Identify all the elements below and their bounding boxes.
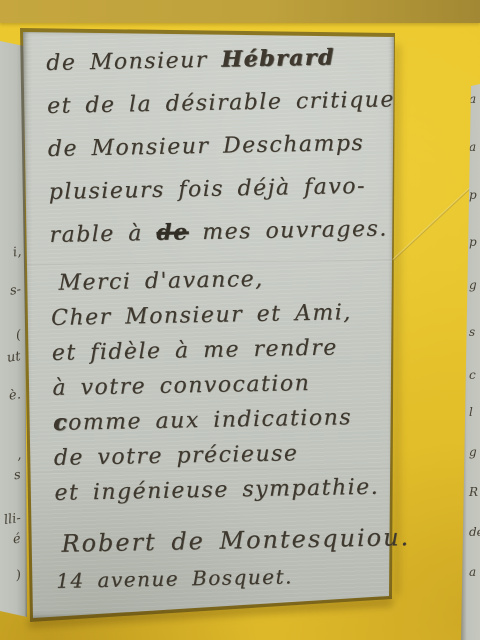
letter-line-text: mes ouvrages. — [189, 216, 388, 245]
handwriting-fragment: c — [469, 368, 476, 382]
letter-line-text: Cher Monsieur et Ami, — [51, 300, 352, 331]
handwriting-fragment: p — [469, 188, 477, 202]
handwriting-fragment: ( — [15, 328, 22, 344]
handwriting-fragment: g — [469, 445, 477, 459]
letter-line: et de la désirable critique — [47, 86, 399, 120]
letter-line: et ingénieuse sympathie. — [54, 473, 406, 507]
letter-line: de Monsieur Hébrard — [46, 43, 398, 77]
letter-line-text: de votre précieuse — [54, 441, 299, 471]
handwriting-fragment: é — [12, 532, 22, 548]
signature: Robert de Montesquiou. — [55, 524, 407, 558]
letter-line: à votre convocation — [52, 368, 404, 402]
letter-line-text: plusieurs fois déjà favo- — [48, 174, 366, 205]
letter-line-text: à votre convocation — [52, 371, 310, 401]
handwriting-fragment: s- — [9, 282, 22, 298]
handwriting-fragment: i, — [12, 244, 22, 260]
handwriting-fragment: è. — [8, 387, 22, 404]
letter-line: Cher Monsieur et Ami, — [51, 298, 403, 332]
letter-line-text: Merci d'avance, — [58, 267, 264, 296]
handwriting-fragment: lli- — [3, 511, 22, 528]
handwriting-fragment: R — [469, 485, 478, 499]
photo-of-handwritten-letter: i, s- ( ut è. , s lli- é ) de Monsieur H… — [0, 0, 480, 640]
backing-paper-crease — [392, 176, 480, 261]
yellow-backing-top-edge — [0, 0, 480, 23]
letter-line-name: Hébrard — [221, 44, 335, 72]
handwriting-fragment: s — [13, 468, 22, 484]
letter-line: plusieurs fois déjà favo- — [48, 172, 400, 206]
letter-line-text: comme aux indications — [53, 405, 352, 436]
letter-line: de Monsieur Deschamps — [48, 129, 400, 163]
letter-line-text: et ingénieuse sympathie. — [54, 475, 379, 506]
letter-line-text: et fidèle à me rendre — [52, 335, 338, 365]
handwriting-fragment: p — [469, 235, 477, 249]
adjacent-page-right-edge: a a p p g s c l g R de a — [461, 84, 480, 640]
handwriting-fragment: g — [469, 278, 477, 292]
letter-line-text: de Monsieur — [46, 48, 222, 76]
letter-line: comme aux indications — [53, 403, 405, 437]
address-text: 14 avenue Bosquet. — [56, 564, 293, 593]
letter-line-text: et de la désirable critique — [47, 87, 395, 119]
letter-line: rable à de mes ouvrages. — [49, 215, 401, 249]
handwriting-fragment: a — [469, 565, 476, 579]
handwriting-fragment: ) — [15, 568, 22, 584]
struck-word: de — [156, 219, 189, 246]
handwriting-fragment: de — [469, 525, 480, 539]
letter-line: et fidèle à me rendre — [52, 333, 404, 367]
handwriting-fragment: l — [469, 405, 473, 419]
letter-body: de Monsieur Hébrard et de la désirable c… — [46, 43, 408, 595]
handwriting-fragment: a — [469, 140, 476, 154]
letter-line: de votre précieuse — [54, 438, 406, 472]
signature-text: Robert de Montesquiou. — [61, 523, 410, 558]
handwriting-fragment: ut — [6, 349, 22, 366]
handwriting-fragment: , — [16, 448, 22, 463]
handwriting-fragment: a — [469, 92, 476, 106]
letter-line-text: de Monsieur Deschamps — [48, 131, 365, 162]
handwriting-fragment: s — [469, 325, 475, 339]
letter-line: Merci d'avance, — [50, 263, 402, 297]
letter-line-text: rable à — [49, 221, 156, 248]
